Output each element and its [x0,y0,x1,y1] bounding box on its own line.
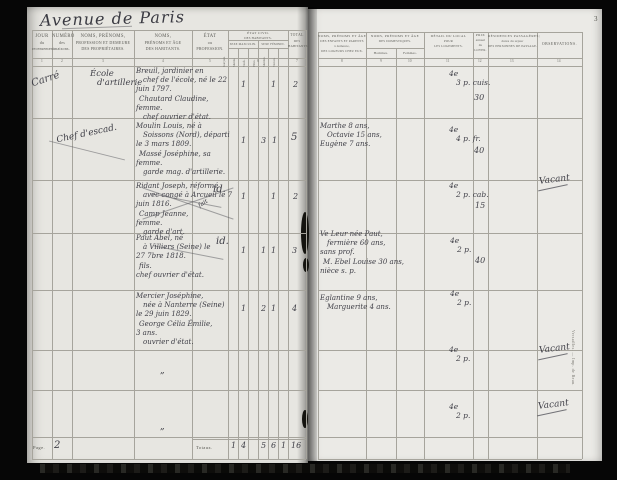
grid-line [32,390,306,391]
text-line: DES PROPRIÉTAIRES. [72,46,134,52]
grid-line [318,459,582,460]
text-line: Massé Joséphine, sa [139,150,230,159]
column-number: 12 [478,59,482,63]
header-sexe-masculin: SEXE MASCULIN. [228,42,258,46]
text-line: Soissons (Nord), départi [143,131,230,140]
entry-prix: 30 [474,93,484,102]
grid-line [52,30,53,459]
header-sexe-feminin: SEXE FÉMININ. [258,42,288,46]
header-detail-local: DÉTAIL DU LOCALPOURLES LOGEMENTS. [424,34,473,49]
total-value: 2 [293,80,298,89]
tally-value: 1 [271,304,276,313]
text-line: Eugène 7 ans. [320,140,382,149]
text-line: 2 p. [457,299,471,308]
grid-line [488,32,489,459]
grid-line [424,32,425,459]
text-line: 3 p. cuis. [456,79,490,88]
entry-detail-local: 4e2 p. [450,290,471,308]
text-line: Ve Leur née Paut, [320,230,404,239]
header-prix-loyer: PRIXannuelduLOYER. [473,33,488,53]
grid-line [32,437,306,438]
text-line: 27 7bre 1818. [136,252,211,261]
grid-line [278,48,279,459]
text-line: Octavie 15 ans, [327,131,382,140]
total-value: 2 [293,192,298,201]
column-number: 5 [209,59,211,63]
totals-label: Totaux. [196,445,213,450]
tally-value: 1 [241,192,246,201]
text-line: ouvrier d'état. [143,338,225,347]
entry-detail-local: 4e2 p. [449,346,470,364]
text-line: DES HABITANTS. [134,46,192,52]
tally-label-text: Veuves. [272,57,276,67]
header-residences-passageres: RÉSIDENCES PASSAGÈRES;durée du séjourDES… [488,34,537,49]
grid-line [32,290,306,291]
text-line: 4 p. fr. [456,135,481,144]
total-value: 4 [292,304,297,313]
tally-value: 1 [241,304,246,313]
column-number: 2 [61,59,63,63]
text-line: chef de l'école, né le 22 [143,76,227,85]
text-line: recensement. [32,46,52,52]
text-line: DES PERSONNES DE PASSAGE. [488,44,537,49]
page-label: Page. [33,445,45,450]
text-line: LES LOGEMENTS. [424,44,473,49]
text-line: 2 p. [456,412,470,421]
text-line: LOYER. [473,48,488,53]
scan-edge-noise [40,464,570,473]
text-line: TOTAL [288,33,306,39]
column-number: 10 [408,59,412,63]
totals-value: 1 [231,441,236,450]
tally-label-text: Mariées. [262,57,266,67]
column-number: 4 [162,59,164,63]
entry-habitants: Mercier Joséphine,née à Nanterre (Seine)… [136,292,225,347]
grid-line [32,350,306,351]
column-number: 7 [296,59,298,63]
column-number: 11 [446,59,449,63]
entry-detail-local: 4e4 p. fr. [449,126,481,144]
column-number: 13 [510,59,514,63]
grid-line [318,66,582,67]
grid-line [258,40,259,459]
entry-prix: 15 [475,201,485,210]
text-line: ÉTAT [192,33,228,40]
grid-line [192,439,306,440]
column-number: 1 [41,59,43,63]
header-etat-profession: ÉTATouPROFESSION. [192,33,228,53]
entry-ditto-mark: „ [160,422,165,432]
text-line: NOMS, PRÉNOMS, [72,33,134,40]
text-line: 2 p. [457,246,471,255]
grid-line [248,48,249,459]
tally-value: 1 [241,246,246,255]
text-line: 2 p. [456,355,470,364]
text-line: Marthe 8 ans, [320,122,382,131]
header-numero: NUMÉROdesmaisons. [52,33,72,53]
text-line: Eglantine 9 ans, [320,294,391,303]
header-total-habitants: TOTALDESHABITANTS. [288,33,306,48]
text-line: DES DOMESTIQUES. [366,39,424,44]
text-line: femme. [136,104,227,113]
text-line: Marguerite 4 ans. [327,303,391,312]
text-line: Moulin Louis, né à [136,122,230,131]
header-domestiques-group: NOMS, PRÉNOMS ET ÂGEDES DOMESTIQUES. [366,34,424,44]
text-line: NUMÉRO [52,33,72,40]
grid-line [288,30,289,459]
header-habitants: NOMS,PRÉNOMS ET ÂGEDES HABITANTS. [134,33,192,53]
text-line: le 29 juin 1829. [136,310,225,319]
entry-detail-local: 4e2 p. cab. [449,182,489,200]
text-line: juin 1797. [136,85,227,94]
totals-value: 4 [241,441,246,450]
text-line: le 3 mars 1809. [136,140,230,149]
entry-proprietaire: Écoled'artillerie [90,70,142,88]
grid-line [318,118,582,119]
grid-line [32,180,306,181]
text-line: femme. [136,219,232,228]
text-line: chef ouvrier d'état. [136,271,211,280]
grid-line [32,459,306,460]
entry-enfants: Marthe 8 ans,Octavie 15 ans,Eugène 7 ans… [320,122,382,148]
text-line: 3 ans. [136,329,225,338]
text-line: George Célia Émilie, [139,320,225,329]
header-domestiques-femmes: Femmes. [396,51,424,55]
totals-grand-value: 16 [291,441,301,450]
grid-line [366,48,424,49]
text-line: fils. [139,262,211,271]
text-line: femme. [136,159,230,168]
grid-line [134,30,135,459]
entry-ditto-mark: „ [160,366,165,376]
totals-value: 1 [281,441,286,450]
text-line: NOMS, [134,33,192,40]
tally-label-veuves: Veuves. [278,49,288,61]
column-number: 14 [557,59,561,63]
header-etat-civil-group: ÉTAT CIVILDES HABITANTS. [228,31,288,41]
column-number: 3 [102,59,104,63]
entry-prix: 40 [475,256,485,265]
entry-habitants: Paut Abel, néà Villiers (Seine) le27 7br… [136,234,211,280]
text-line: chef ouvrier d'état. [143,113,227,122]
text-line: maisons. [52,46,72,52]
text-line: JOUR [32,33,52,40]
text-line: Paut Abel, né [136,234,211,243]
header-domestiques-hommes: Hommes. [366,51,396,55]
text-line: M. Ebel Louise 30 ans, [323,258,404,267]
entry-proprietaire-ditto: id. [216,236,229,247]
entry-enfants: Eglantine 9 ans,Marguerite 4 ans. [320,294,391,312]
scanned-census-register: Avenue de Paris 3 Versailles. — Imp. de … [0,0,617,480]
tally-label-text: Veufs. [242,57,246,67]
text-line: à Villiers (Seine) le [143,243,211,252]
total-value: 3 [292,246,297,255]
column-number: 9 [380,59,382,63]
totals-value: 6 [271,441,276,450]
entry-enfants: Ve Leur née Paut,fermière 60 ans,sans pr… [320,230,404,276]
text-line: née à Nanterre (Seine) [143,301,225,310]
text-line: garde mag. d'artillerie. [143,168,230,177]
text-line: PROFESSION. [192,46,228,52]
entry-detail-local: 4e3 p. cuis. [449,70,490,88]
text-line: 2 p. cab. [456,191,489,200]
text-line: nièce s. p. [320,267,404,276]
tally-value: 1 [241,136,246,145]
tally-value: 1 [272,136,277,145]
corner-page-number: 3 [594,15,598,23]
text-line: sans prof. [320,248,404,257]
tally-label-text: Garçons. [222,57,226,67]
page-number-handwritten: 2 [54,440,60,451]
grid-line [72,30,73,459]
grid-line [32,30,33,459]
grid-line [238,48,239,459]
entry-detail-local: 4e2 p. [449,403,470,421]
grid-line [318,437,582,438]
tally-value: 1 [261,246,266,255]
grid-line [318,390,582,391]
grid-line [318,32,582,33]
entry-prix: 40 [474,146,484,155]
grid-line [537,32,538,459]
text-line: Breuil, jardinier en [136,67,227,76]
text-line: Chautard Claudine, [139,95,227,104]
tally-value: 1 [271,80,276,89]
total-value: 5 [291,132,297,143]
entry-habitants: Moulin Louis, né àSoissons (Nord), dépar… [136,122,230,177]
text-line: DES HABITANTS. [228,36,288,41]
tally-value: 3 [261,136,266,145]
totals-value: 5 [261,441,266,450]
column-number: 8 [341,59,343,63]
header-jour: JOURdurecensement. [32,33,52,53]
tally-label-text: Mariés. [232,57,236,67]
grid-line [268,48,269,459]
grid-line [306,30,307,459]
grid-line [318,58,582,59]
tally-value: 1 [241,80,246,89]
column-number: 6 [257,59,259,63]
text-line: fermière 60 ans, [327,239,404,248]
entry-habitants: Breuil, jardinier enchef de l'école, né … [136,67,227,122]
tally-value: 2 [261,304,266,313]
header-proprietaires: NOMS, PRÉNOMS,PROFESSION ET DEMEUREDES P… [72,33,134,53]
text-line: DES LOGEURS CHEZ EUX. [318,49,366,54]
header-observations: OBSERVATIONS. [537,42,582,46]
header-enfants-parents: NOMS, PRÉNOMS ET ÂGEDES ENFANTS ET PAREN… [318,34,366,54]
entry-detail-local: 4e2 p. [450,237,471,255]
text-line: HABITANTS. [288,44,306,49]
grid-line [582,32,583,459]
text-line: Mercier Joséphine, [136,292,225,301]
grid-line [318,32,319,459]
tally-label-text: Filles. [252,57,256,67]
tally-value: 1 [271,192,276,201]
tally-value: 1 [271,246,276,255]
printer-imprint-vertical: Versailles. — Imp. de Beau. [571,330,576,386]
